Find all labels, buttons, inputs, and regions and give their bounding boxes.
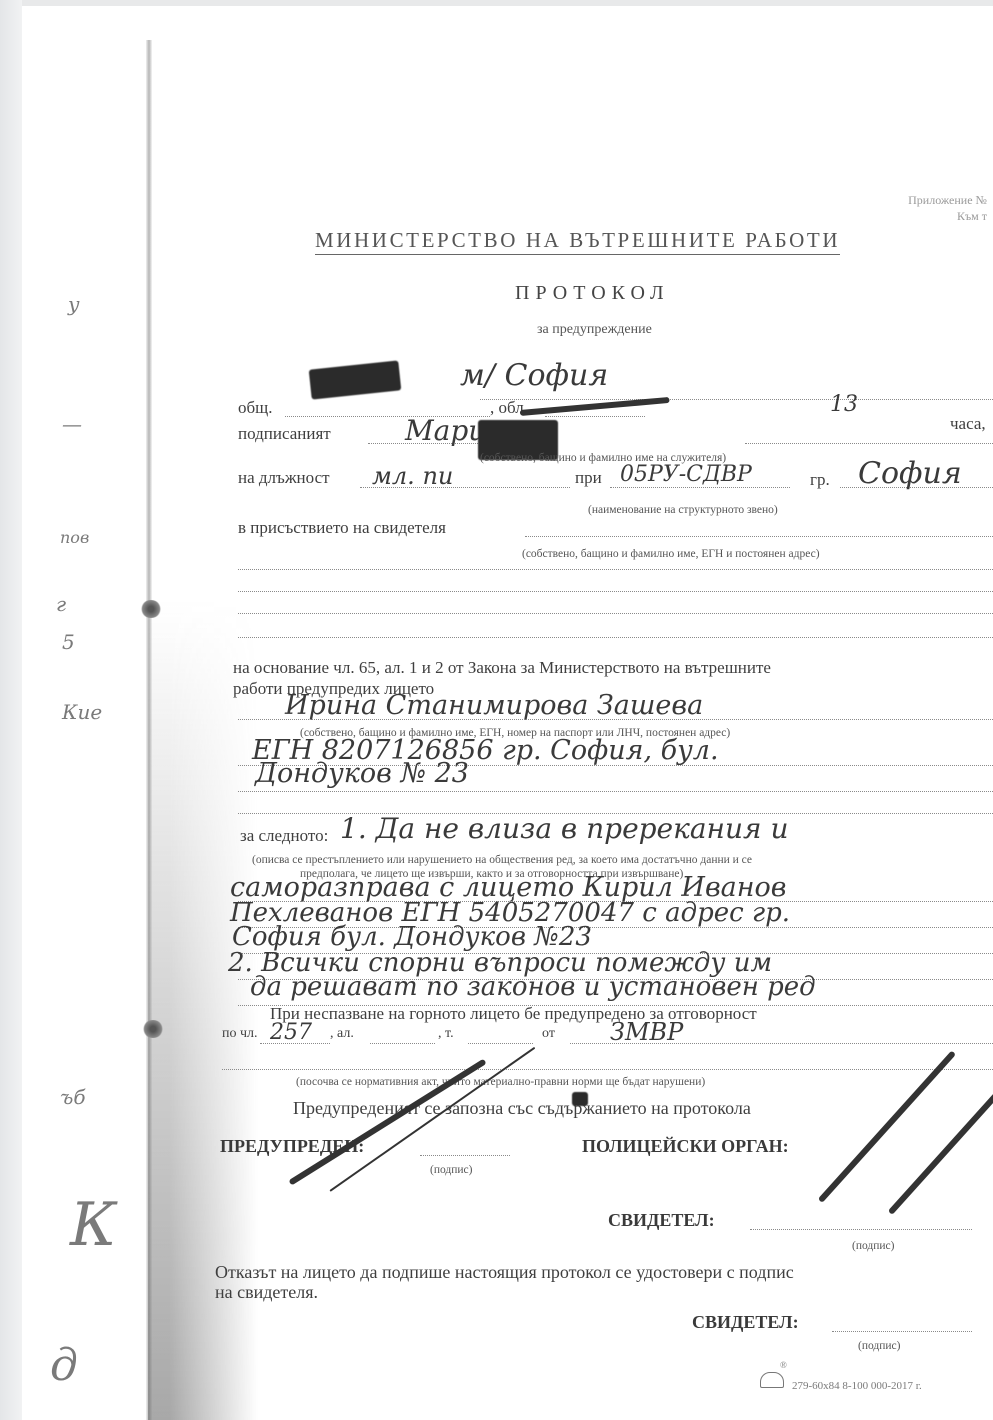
signature-stroke	[818, 1050, 956, 1203]
fill-line	[238, 568, 993, 570]
address-handwriting: Дондуков № 23	[255, 758, 469, 789]
police-label: ПОЛИЦЕЙСКИ ОРГАН:	[582, 1136, 789, 1157]
position-label: на длъжност	[238, 468, 330, 488]
following-handwriting-1: 1. Да не влиза в пререкания и	[340, 812, 789, 845]
redaction	[572, 1092, 588, 1106]
scan-edge	[0, 0, 22, 1420]
punch-hole	[140, 600, 162, 618]
fill-line	[238, 612, 993, 614]
witness-hint: (собствено, бащино и фамилно име, ЕГН и …	[522, 548, 820, 560]
registered-mark: ®	[780, 1360, 787, 1370]
fill-line	[370, 1042, 435, 1044]
fill-line	[238, 636, 993, 638]
fill-line	[468, 1042, 533, 1044]
ministry-heading: МИНИСТЕРСТВО НА ВЪТРЕШНИТЕ РАБОТИ	[315, 228, 840, 255]
signature-line	[750, 1228, 972, 1230]
al-label: , ал.	[330, 1026, 354, 1042]
witness1-hint: (подпис)	[852, 1240, 895, 1252]
person-name-handwriting: Ирина Станимирова Зашева	[285, 690, 703, 721]
signature-hint: (подпис)	[430, 1164, 473, 1176]
witness-label: в присъствието на свидетеля	[238, 518, 446, 538]
fill-line	[745, 442, 993, 444]
city-label: гр.	[810, 470, 830, 490]
signature-stroke	[888, 1062, 993, 1215]
following-hint-1: (описва се престъплението или нарушениет…	[252, 854, 752, 866]
signature-line	[832, 1330, 972, 1332]
warning-text: При неспазване на горното лицето бе пред…	[270, 1004, 757, 1024]
margin-note: ъб	[60, 1085, 86, 1109]
signature-line	[420, 1154, 510, 1156]
fill-line	[238, 790, 993, 792]
margin-note: д	[50, 1340, 78, 1391]
refusal-text-2: на свидетеля.	[215, 1282, 318, 1303]
margin-note: у	[68, 292, 80, 316]
print-code: 279-60x84 8-100 000-2017 г.	[792, 1380, 922, 1392]
unit-hint: (наименование на структурното звено)	[588, 504, 778, 516]
position-handwriting: мл. пи	[372, 462, 453, 490]
legal-basis-line1: на основание чл. 65, ал. 1 и 2 от Закона…	[233, 658, 771, 678]
fill-line	[238, 718, 993, 720]
redaction	[309, 360, 402, 399]
following-label: за следното:	[240, 826, 328, 846]
annex-reference: Приложение № Към т	[908, 192, 987, 224]
document-title: ПРОТОКОЛ	[515, 282, 670, 305]
t-label: , т.	[438, 1026, 454, 1042]
witness1-label: СВИДЕТЕЛ:	[608, 1210, 715, 1231]
unit-handwriting: 05РУ-СДВР	[620, 462, 752, 487]
witness2-hint: (подпис)	[858, 1340, 901, 1352]
fill-line	[238, 590, 993, 592]
article-handwriting: 257	[270, 1020, 312, 1045]
fill-line	[525, 535, 993, 537]
punch-hole	[142, 1020, 164, 1038]
law-handwriting: ЗМВР	[610, 1018, 683, 1046]
margin-note: Кие	[62, 700, 102, 724]
time-handwriting: 13	[830, 392, 858, 417]
city-handwriting: София	[858, 456, 962, 491]
scan-edge	[0, 0, 993, 6]
signed-label: подписаният	[238, 424, 331, 444]
margin-note: 5	[62, 630, 75, 654]
officer-name-handwriting: Мари	[405, 414, 486, 447]
margin-note: К	[70, 1190, 116, 1260]
printer-logo-icon	[760, 1372, 784, 1388]
witness2-label: СВИДЕТЕЛ:	[692, 1312, 799, 1333]
fill-line	[480, 398, 993, 400]
following-handwriting-6: да решават по законов и установен ред	[250, 972, 816, 1002]
warning-hint: (посочва се нормативния акт, чиито матер…	[296, 1076, 705, 1088]
acquainted-text: Предупреденият се запозна със съдържание…	[293, 1098, 751, 1119]
from-label: от	[542, 1026, 555, 1042]
margin-note: —	[62, 412, 82, 436]
margin-note: пов	[60, 528, 89, 547]
margin-note: г	[56, 592, 66, 616]
refusal-text-1: Отказът на лицето да подпише настоящия п…	[215, 1262, 794, 1283]
fill-line	[545, 415, 645, 417]
obsht-label: общ.	[238, 398, 273, 418]
article-prefix: по чл.	[222, 1026, 258, 1042]
directorate-handwriting: м/ София	[460, 358, 608, 393]
document-subtitle: за предупреждение	[537, 322, 652, 338]
fill-line	[222, 1068, 993, 1070]
hour-label: часа,	[950, 414, 986, 434]
at-label: при	[575, 468, 602, 488]
